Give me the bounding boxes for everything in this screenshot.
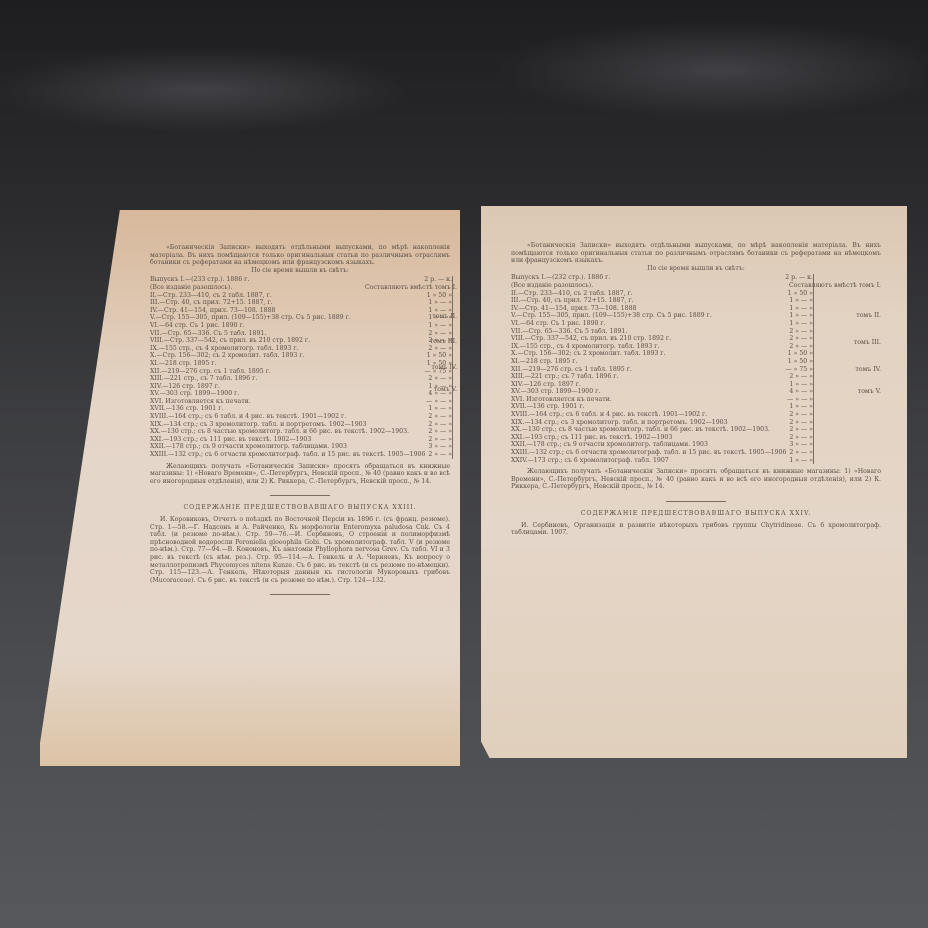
issue-row: IX.—155 стр., съ 4 хромолитогр. табл. 18… bbox=[511, 343, 813, 351]
contents-title: СОДЕРЖАНІЕ ПРЕДШЕСТВОВАВШАГО ВЫПУСКА XXI… bbox=[150, 504, 450, 512]
issue-description: X.—Стр. 156—302; съ 2 хромолит. табл. 18… bbox=[150, 352, 305, 360]
issue-row: XI.—218 стр. 1895 г.1 » 50 » bbox=[511, 358, 813, 366]
issue-price: — » — » bbox=[784, 396, 813, 404]
volume-label: томъ II. bbox=[432, 313, 457, 321]
issue-description: Выпускъ I.—(232 стр.). 1886 г. bbox=[511, 274, 610, 282]
issue-price: 3 » — » bbox=[786, 441, 813, 449]
issue-row: XVII.—136 стр. 1901 г.1 » — » bbox=[150, 405, 452, 413]
issue-description: XII.—219—276 стр. съ 1 табл. 1895 г. bbox=[150, 368, 271, 376]
issue-description: XI.—218 стр. 1895 г. bbox=[150, 360, 217, 368]
issue-row: XXIII.—132 стр.; съ 6 отчасти хромолитог… bbox=[511, 449, 813, 457]
issue-row: XXII.—178 стр.; съ 9 отчасти хромолитогр… bbox=[511, 441, 813, 449]
issue-description: VII.—Стр. 65—336. Съ 5 табл. 1891. bbox=[511, 328, 627, 336]
issue-description: XIV.—126 стр. 1897 г. bbox=[511, 381, 581, 389]
issue-price: 1 » — » bbox=[786, 457, 813, 465]
issue-price: 1 » — » bbox=[425, 405, 452, 413]
issue-description: XIII.—221 стр., съ 7 табл. 1896 г. bbox=[150, 375, 257, 383]
issue-price: 2 » — » bbox=[425, 451, 452, 459]
issue-price: 2 » — » bbox=[786, 328, 813, 336]
issue-row: XXII.—178 стр.; съ 9 отчасти хромолитогр… bbox=[150, 443, 452, 451]
issue-row: V.—Стр. 155—305, прил. (109—155)+38 стр.… bbox=[150, 314, 452, 322]
issue-row: XIV.—126 стр. 1897 г.1 » — » bbox=[150, 383, 452, 391]
issue-description: XII.—219—276 стр. съ 1 табл. 1895 г. bbox=[511, 366, 632, 374]
issue-price: 1 » — » bbox=[425, 322, 452, 330]
issue-description: XX.—130 стр.; съ 8 частью хромолитогр. т… bbox=[511, 426, 770, 434]
issue-price: 2 » — » bbox=[786, 426, 813, 434]
issue-description: XIX.—134 стр.; съ 3 хромолитогр. табл. и… bbox=[511, 419, 728, 427]
contents-paragraph: И. Коровиковъ, Отчетъ о поѣздкѣ по Восто… bbox=[150, 516, 450, 584]
issue-description: Выпускъ I.—(233 стр.). 1886 г. bbox=[150, 276, 249, 284]
issue-price: 1 » 50 » bbox=[785, 358, 813, 366]
issue-price: — » 75 » bbox=[782, 366, 813, 374]
issue-description: VIII.—Стр. 337—542, съ прил. въ 210 стр.… bbox=[511, 335, 671, 343]
issue-row: IV.—Стр. 41—154, прил. 73—108. 18881 » —… bbox=[511, 305, 813, 313]
volume-label: томъ V. bbox=[434, 386, 457, 394]
issue-row: III.—Стр. 40, съ прил. 72+15. 1887, г.1 … bbox=[511, 297, 813, 305]
issue-row: IX.—155 стр., съ 4 хромолитогр. табл. 18… bbox=[150, 345, 452, 353]
volume-label: томъ II. bbox=[856, 312, 881, 320]
volume-label: томъ III. bbox=[430, 338, 457, 346]
issue-row: V.—Стр. 155—305, прил. (109—155)+38 стр.… bbox=[511, 312, 813, 320]
issue-row: III.—Стр. 40, съ прил. 72+15. 1887, г.1 … bbox=[150, 299, 452, 307]
issue-description: XXII.—178 стр.; съ 9 отчасти хромолитогр… bbox=[150, 443, 347, 451]
issue-price: 2 » — » bbox=[786, 335, 813, 343]
issue-description: XV.—303 стр. 1899—1900 г. bbox=[150, 390, 239, 398]
volume-label: томъ IV. bbox=[431, 364, 457, 372]
issue-description: XXIII.—132 стр.; съ 6 отчасти хромолитог… bbox=[150, 451, 425, 459]
issue-row: XVI. Изготовляется къ печати.— » — » bbox=[511, 396, 813, 404]
divider bbox=[666, 501, 726, 502]
issue-row: VI.—64 стр. Съ 1 рис. 1890 г.1 » — » bbox=[150, 322, 452, 330]
volume-label: Составляютъ вмѣстѣ томъ I. bbox=[365, 284, 457, 292]
issue-list: Выпускъ I.—(233 стр.). 1886 г.2 р. — к.(… bbox=[150, 276, 450, 458]
issue-price: 2 » — » bbox=[425, 413, 452, 421]
issue-row: XXIV.—173 стр.; съ 6 хромолитограф. табл… bbox=[511, 457, 813, 465]
contents-paragraph: И. Сербиновъ, Организація и развитіе нѣк… bbox=[511, 522, 881, 537]
issue-price: 1 » 50 » bbox=[785, 290, 813, 298]
issue-description: XVIII.—164 стр.; съ 6 табл. и 4 рис. въ … bbox=[511, 411, 707, 419]
issue-description: VII.—Стр. 65—336. Съ 5 табл. 1891. bbox=[150, 330, 266, 338]
issue-price: 2 » — » bbox=[425, 421, 452, 429]
issue-description: XXIV.—173 стр.; съ 6 хромолитограф. табл… bbox=[511, 457, 669, 465]
issue-row: XII.—219—276 стр. съ 1 табл. 1895 г.— » … bbox=[511, 366, 813, 374]
list-title: По сіе время вышли въ свѣтъ: bbox=[511, 265, 881, 273]
issue-description: V.—Стр. 155—305, прил. (109—155)+38 стр.… bbox=[511, 312, 712, 320]
issue-description: IV.—Стр. 41—154, прил. 73—108. 1888 bbox=[511, 305, 636, 313]
issue-price: 1 » — » bbox=[786, 320, 813, 328]
issue-description: XVII.—136 стр. 1901 г. bbox=[150, 405, 223, 413]
issue-row: XVII.—136 стр. 1901 г.1 » — » bbox=[511, 403, 813, 411]
issue-description: IX.—155 стр., съ 4 хромолитогр. табл. 18… bbox=[511, 343, 659, 351]
divider bbox=[270, 495, 330, 496]
volume-label: томъ IV. bbox=[855, 366, 881, 374]
issues-column: Выпускъ I.—(233 стр.). 1886 г.2 р. — к.(… bbox=[150, 276, 452, 458]
issue-row: XVI. Изготовляется къ печати.— » — » bbox=[150, 398, 452, 406]
issue-description: XXI.—193 стр.; съ 111 рис. въ текстѣ. 19… bbox=[150, 436, 311, 444]
issue-price: — » — » bbox=[423, 398, 452, 406]
issue-price: 1 » 50 » bbox=[424, 352, 452, 360]
issue-description: V.—Стр. 155—305, прил. (109—155)+38 стр.… bbox=[150, 314, 351, 322]
issue-description: IV.—Стр. 41—154, прил. 73—108. 1888 bbox=[150, 307, 275, 315]
issue-price: 2 » — » bbox=[786, 343, 813, 351]
issue-price: 1 » — » bbox=[786, 312, 813, 320]
issue-price: 2 » — » bbox=[786, 449, 813, 457]
issue-row: Выпускъ I.—(232 стр.). 1886 г.2 р. — к. bbox=[511, 274, 813, 282]
issue-description: X.—Стр. 156—302; съ 2 хромолит. табл. 18… bbox=[511, 350, 666, 358]
list-title: По сіе время вышли въ свѣтъ: bbox=[150, 267, 450, 275]
issue-row: XII.—219—276 стр. съ 1 табл. 1895 г.— » … bbox=[150, 368, 452, 376]
contents-title: СОДЕРЖАНІЕ ПРЕДШЕСТВОВАВШАГО ВЫПУСКА XXI… bbox=[511, 510, 881, 518]
issue-row: XVIII.—164 стр.; съ 6 табл. и 4 рис. въ … bbox=[511, 411, 813, 419]
order-paragraph: Желающихъ получать «Ботаническія Записки… bbox=[150, 463, 450, 486]
volume-label: Составляютъ вмѣстѣ томъ I. bbox=[789, 282, 881, 290]
issue-description: XIX.—134 стр.; съ 3 хромолитогр. табл. и… bbox=[150, 421, 367, 429]
issue-price: 1 » — » bbox=[786, 381, 813, 389]
issue-row: X.—Стр. 156—302; съ 2 хромолит. табл. 18… bbox=[150, 352, 452, 360]
issue-description: XIII.—221 стр.; съ 7 табл. 1896 г. bbox=[511, 373, 618, 381]
issue-description: XVI. Изготовляется къ печати. bbox=[150, 398, 251, 406]
issue-row: XIII.—221 стр., съ 7 табл. 1896 г.2 » — … bbox=[150, 375, 452, 383]
issue-description: III.—Стр. 40, съ прил. 72+15. 1887, г. bbox=[511, 297, 634, 305]
issue-row: XXI.—193 стр.; съ 111 рис. въ текстѣ. 19… bbox=[511, 434, 813, 442]
issue-row: VII.—Стр. 65—336. Съ 5 табл. 1891.2 » — … bbox=[150, 330, 452, 338]
issue-description: XXI.—193 стр.; съ 111 рис. въ текстѣ. 19… bbox=[511, 434, 672, 442]
issue-price: 2 » — » bbox=[425, 330, 452, 338]
intro-paragraph: «Ботаническія Записки» выходять отдѣльны… bbox=[511, 242, 881, 265]
issue-price: 3 » — » bbox=[425, 443, 452, 451]
issue-row: XX.—130 стр.; съ 8 частью хромолитогр. т… bbox=[150, 428, 452, 436]
issue-price: 2 » — » bbox=[786, 411, 813, 419]
volumes-column: Составляютъ вмѣстѣ томъ I.томъ II.томъ I… bbox=[813, 274, 881, 464]
issue-description: IX.—155 стр., съ 4 хромолитогр. табл. 18… bbox=[150, 345, 298, 353]
issue-price: 2 » — » bbox=[786, 419, 813, 427]
issue-description: XXII.—178 стр.; съ 9 отчасти хромолитогр… bbox=[511, 441, 708, 449]
issue-description: VI.—64 стр. Съ 1 рис. 1890 г. bbox=[511, 320, 606, 328]
issue-row: XIV.—126 стр. 1897 г.1 » — » bbox=[511, 381, 813, 389]
issue-row: XV.—303 стр. 1899—1900 г.4 » — » bbox=[150, 390, 452, 398]
issue-row: VIII.—Стр. 337—542, съ прил. въ 210 стр.… bbox=[511, 335, 813, 343]
issue-row: VI.—64 стр. Съ 1 рис. 1890 г.1 » — » bbox=[511, 320, 813, 328]
left-booklet: «Ботаническія Записки» выходять отдѣльны… bbox=[40, 210, 460, 766]
volume-label: томъ III. bbox=[854, 339, 881, 347]
issue-price: 1 » — » bbox=[786, 403, 813, 411]
issue-description: XI.—218 стр. 1895 г. bbox=[511, 358, 578, 366]
left-back-cover-text: «Ботаническія Записки» выходять отдѣльны… bbox=[150, 244, 450, 603]
issue-row: VIII.—Стр. 337—542, съ прил. въ 210 стр.… bbox=[150, 337, 452, 345]
issue-row: (Все изданіе разошлось). bbox=[511, 282, 813, 290]
issue-description: II.—Стр. 233—410, съ 2 табл. 1887, г. bbox=[150, 292, 272, 300]
issue-row: XI.—218 стр. 1895 г.1 » 50 » bbox=[150, 360, 452, 368]
issue-price: 1 » 50 » bbox=[424, 292, 452, 300]
volumes-column: Составляютъ вмѣстѣ томъ I.томъ II.томъ I… bbox=[452, 276, 457, 458]
issue-description: III.—Стр. 40, съ прил. 72+15. 1887, г. bbox=[150, 299, 273, 307]
issue-description: XX.—130 стр.; съ 8 частью хромолитогр. т… bbox=[150, 428, 409, 436]
issue-row: XV.—303 стр. 1899—1900 г.4 » — » bbox=[511, 388, 813, 396]
volume-label: томъ V. bbox=[858, 388, 881, 396]
issue-description: XVII.—136 стр. 1901 г. bbox=[511, 403, 584, 411]
issue-description: VI.—64 стр. Съ 1 рис. 1890 г. bbox=[150, 322, 245, 330]
issue-description: XV.—303 стр. 1899—1900 г. bbox=[511, 388, 600, 396]
issue-description: II.—Стр. 233—410, съ 2 табл. 1887, г. bbox=[511, 290, 633, 298]
issue-row: XVIII.—164 стр.; съ 6 табл. и 4 рис. въ … bbox=[150, 413, 452, 421]
issue-price: 1 » 50 » bbox=[785, 350, 813, 358]
issue-row: II.—Стр. 233—410, съ 2 табл. 1887, г.1 »… bbox=[150, 292, 452, 300]
issue-row: II.—Стр. 233—410, съ 2 табл. 1887, г.1 »… bbox=[511, 290, 813, 298]
issue-price: 1 » — » bbox=[786, 305, 813, 313]
issue-description: (Все изданіе разошлось). bbox=[511, 282, 593, 290]
issue-description: XXIII.—132 стр.; съ 6 отчасти хромолитог… bbox=[511, 449, 786, 457]
issue-row: XX.—130 стр.; съ 8 частью хромолитогр. т… bbox=[511, 426, 813, 434]
right-back-cover-text: «Ботаническія Записки» выходять отдѣльны… bbox=[511, 242, 881, 537]
issue-description: XVI. Изготовляется къ печати. bbox=[511, 396, 612, 404]
order-paragraph: Желающихъ получать «Ботаническія Записки… bbox=[511, 468, 881, 491]
issue-row: XIX.—134 стр.; съ 3 хромолитогр. табл. и… bbox=[150, 421, 452, 429]
issue-description: VIII.—Стр. 337—542, съ прил. въ 210 стр.… bbox=[150, 337, 310, 345]
issue-description: (Все изданіе разошлось). bbox=[150, 284, 232, 292]
issue-row: XIX.—134 стр.; съ 3 хромолитогр. табл. и… bbox=[511, 419, 813, 427]
divider bbox=[270, 594, 330, 595]
issue-price: 1 » — » bbox=[786, 297, 813, 305]
intro-paragraph: «Ботаническія Записки» выходять отдѣльны… bbox=[150, 244, 450, 267]
issue-price: 4 » — » bbox=[786, 388, 813, 396]
issue-description: XVIII.—164 стр.; съ 6 табл. и 4 рис. въ … bbox=[150, 413, 346, 421]
issue-price: 2 » — » bbox=[425, 375, 452, 383]
issue-list: Выпускъ I.—(232 стр.). 1886 г.2 р. — к.(… bbox=[511, 274, 881, 464]
issue-row: XXI.—193 стр.; съ 111 рис. въ текстѣ. 19… bbox=[150, 436, 452, 444]
issue-price: 2 » — » bbox=[425, 428, 452, 436]
issue-price: 2 » — » bbox=[786, 373, 813, 381]
issue-price: 2 р. — к. bbox=[782, 274, 813, 282]
issues-column: Выпускъ I.—(232 стр.). 1886 г.2 р. — к.(… bbox=[511, 274, 813, 464]
issue-row: XXIII.—132 стр.; съ 6 отчасти хромолитог… bbox=[150, 451, 452, 459]
issue-row: IV.—Стр. 41—154, прил. 73—108. 18881 » —… bbox=[150, 307, 452, 315]
issue-row: VII.—Стр. 65—336. Съ 5 табл. 1891.2 » — … bbox=[511, 328, 813, 336]
issue-price: 2 » — » bbox=[425, 436, 452, 444]
issue-price: 1 » — » bbox=[425, 299, 452, 307]
issue-description: XIV.—126 стр. 1897 г. bbox=[150, 383, 220, 391]
right-booklet: «Ботаническія Записки» выходять отдѣльны… bbox=[481, 206, 907, 758]
issue-price: 2 » — » bbox=[786, 434, 813, 442]
issue-row: XIII.—221 стр.; съ 7 табл. 1896 г.2 » — … bbox=[511, 373, 813, 381]
issue-row: X.—Стр. 156—302; съ 2 хромолит. табл. 18… bbox=[511, 350, 813, 358]
